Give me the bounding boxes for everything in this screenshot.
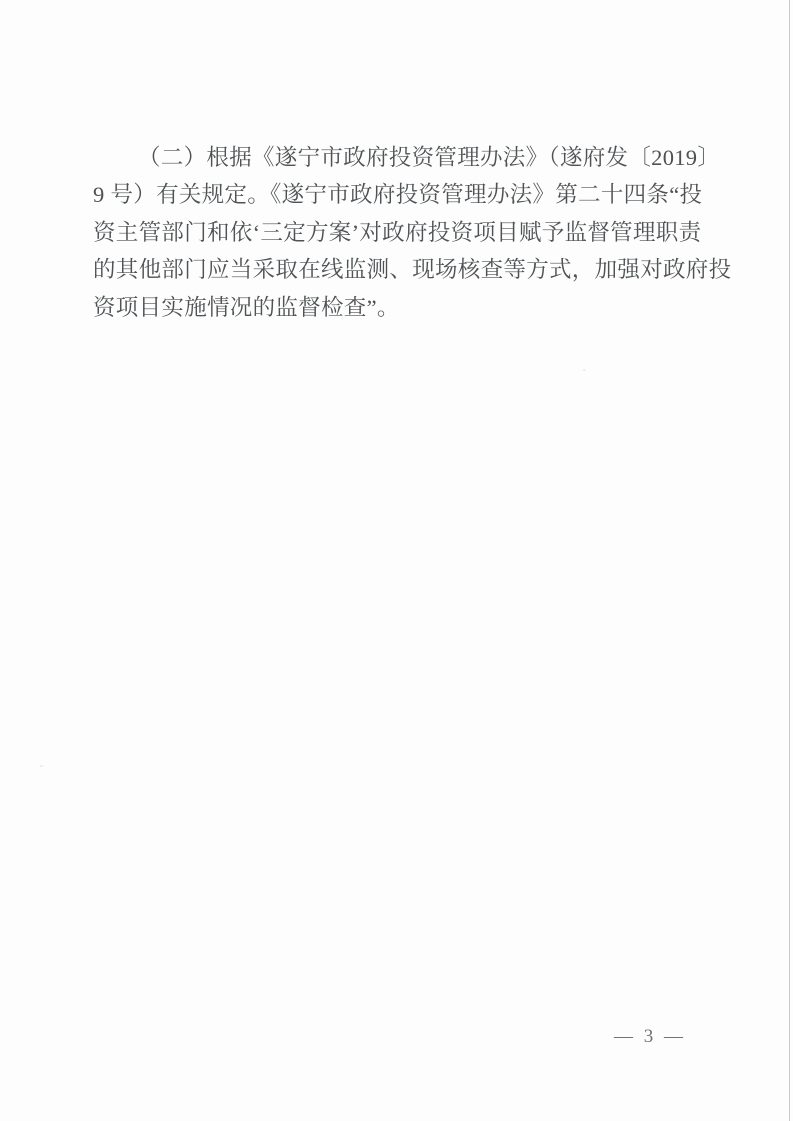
scan-speck [40, 765, 43, 767]
scan-speck [583, 369, 586, 371]
paragraph-line-5: 资项目实施情况的监督检查”。 [93, 289, 715, 326]
paragraph-line-2: 9 号）有关规定。《遂宁市政府投资管理办法》第二十四条“投 [93, 176, 715, 213]
paragraph-line-1: （二）根据《遂宁市政府投资管理办法》（遂府发〔2019〕 [93, 139, 715, 176]
body-paragraph: （二）根据《遂宁市政府投资管理办法》（遂府发〔2019〕 9 号）有关规定。《遂… [93, 139, 715, 326]
scan-edge-artifact [789, 0, 790, 1121]
page-number: — 3 — [613, 1026, 685, 1048]
document-page: （二）根据《遂宁市政府投资管理办法》（遂府发〔2019〕 9 号）有关规定。《遂… [0, 0, 793, 1121]
paragraph-line-4: 的其他部门应当采取在线监测、现场核查等方式，加强对政府投 [93, 251, 715, 288]
paragraph-line-3: 资主管部门和依‘三定方案’对政府投资项目赋予监督管理职责 [93, 214, 715, 251]
